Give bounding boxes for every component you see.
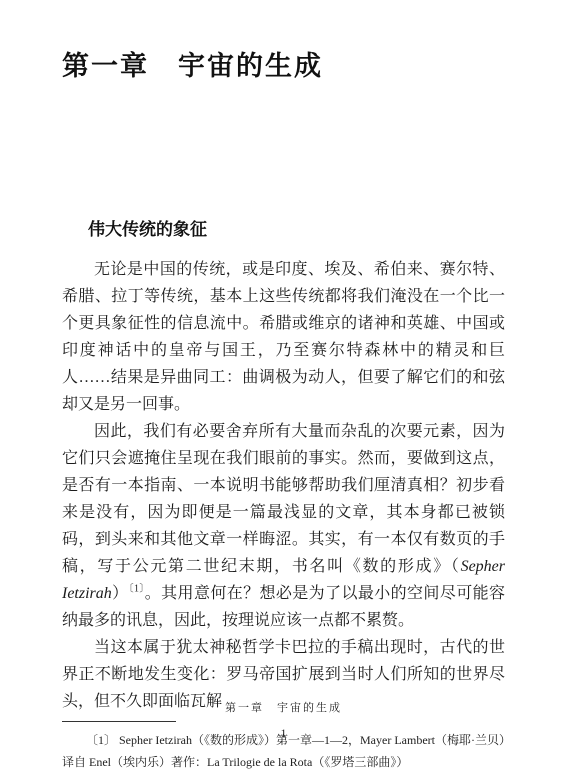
section-heading: 伟大传统的象征	[88, 215, 567, 240]
book-page: 第一章 宇宙的生成 伟大传统的象征 无论是中国的传统，或是印度、埃及、希伯来、赛…	[0, 0, 567, 772]
paragraph-1: 无论是中国的传统，或是印度、埃及、希伯来、赛尔特、希腊、拉丁等传统，基本上这些传…	[62, 256, 505, 418]
chapter-title: 第一章 宇宙的生成	[0, 0, 567, 83]
paragraph-2: 因此，我们有必要舍弃所有大量而杂乱的次要元素，因为它们只会遮掩住呈现在我们眼前的…	[62, 418, 505, 634]
running-footer-title: 第一章 宇宙的生成	[0, 699, 567, 715]
footnote-reference-marker: 〔1〕	[129, 584, 145, 595]
page-number: 1	[0, 726, 567, 741]
paragraph-2-segment-1: 因此，我们有必要舍弃所有大量而杂乱的次要元素，因为它们只会遮掩住呈现在我们眼前的…	[62, 423, 505, 575]
body-text: 无论是中国的传统，或是印度、埃及、希伯来、赛尔特、希腊、拉丁等传统，基本上这些传…	[62, 256, 505, 715]
paragraph-2-segment-2: ）	[112, 585, 129, 602]
footnote-separator-rule	[62, 721, 176, 722]
